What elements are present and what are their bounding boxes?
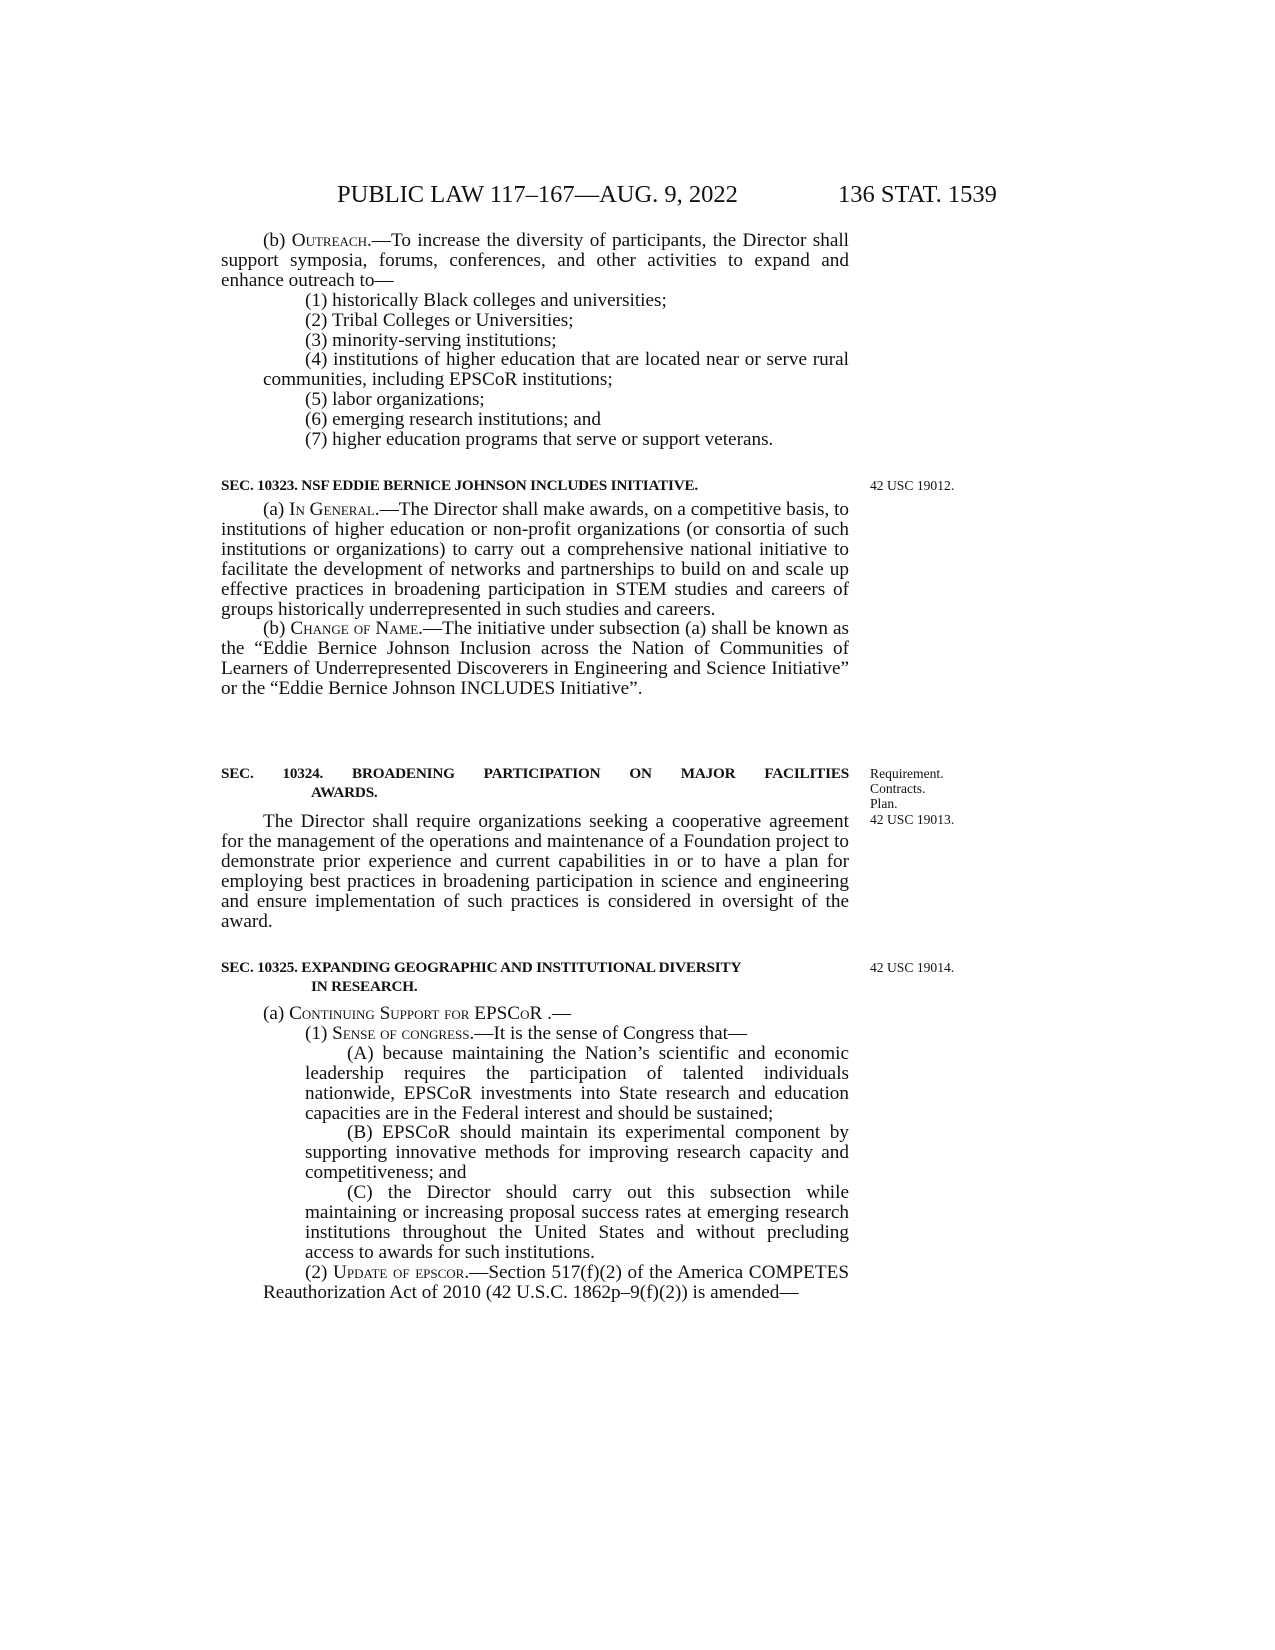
paragraph-2: (2) Update of epscor.—Section 517(f)(2) …: [221, 1263, 849, 1303]
paragraph-heading: Sense of congress.: [332, 1023, 474, 1044]
running-header-title: PUBLIC LAW 117–167—AUG. 9, 2022: [337, 181, 738, 209]
subparagraph-A: (A) because maintaining the Nation’s sci…: [221, 1044, 849, 1124]
section-heading-10324: SEC. 10324. BROADENING PARTICIPATION ON …: [221, 764, 849, 802]
paragraph-heading: Update of epscor.: [333, 1262, 469, 1283]
paragraph-text: —It is the sense of Congress that—: [474, 1023, 747, 1044]
page-number: 136 STAT. 1539: [838, 181, 997, 209]
margin-note-usc: 42 USC 19014.: [870, 960, 954, 975]
outreach-item: (3) minority-serving institutions;: [221, 331, 849, 351]
outreach-item: (7) higher education programs that serve…: [221, 430, 849, 450]
section-10325-body: (a) Continuing Support for EPSCoR .— (1)…: [221, 1004, 849, 1303]
subsection-heading: In General.: [289, 499, 380, 520]
section-10323-body: (a) In General.—The Director shall make …: [221, 500, 849, 699]
subsection-heading: Change of Name.: [290, 618, 423, 639]
section-heading-line: IN RESEARCH.: [221, 977, 849, 996]
subparagraph-C: (C) the Director should carry out this s…: [221, 1183, 849, 1263]
section-heading-line: SEC. 10325. EXPANDING GEOGRAPHIC AND INS…: [221, 958, 849, 977]
paragraph-label: (2): [305, 1262, 333, 1283]
margin-note-usc: 42 USC 19012.: [870, 478, 954, 493]
paragraph-1: (1) Sense of congress.—It is the sense o…: [221, 1024, 849, 1044]
subsection-label: (b): [263, 230, 292, 251]
margin-note: 42 USC 19013.: [870, 812, 954, 827]
margin-note: Plan.: [870, 796, 954, 811]
outreach-item: (4) institutions of higher education tha…: [221, 350, 849, 390]
subparagraph-B: (B) EPSCoR should maintain its experimen…: [221, 1123, 849, 1183]
subsection-label: (a): [263, 1003, 289, 1024]
section-heading-10323: SEC. 10323. NSF EDDIE BERNICE JOHNSON IN…: [221, 476, 849, 495]
paragraph-label: (1): [305, 1023, 332, 1044]
outreach-item: (2) Tribal Colleges or Universities;: [221, 311, 849, 331]
subsection-label: (b): [263, 618, 290, 639]
section-10324-body: The Director shall require organizations…: [221, 812, 849, 931]
subsection-a: (a) Continuing Support for EPSCoR .—: [221, 1004, 849, 1024]
section-heading-line: SEC. 10324. BROADENING PARTICIPATION ON …: [221, 764, 849, 783]
outreach-item: (5) labor organizations;: [221, 390, 849, 410]
outreach-intro: (b) Outreach.—To increase the diversity …: [221, 231, 849, 291]
subsection-a: (a) In General.—The Director shall make …: [221, 500, 849, 619]
section-heading-10325: SEC. 10325. EXPANDING GEOGRAPHIC AND INS…: [221, 958, 849, 996]
margin-note: Contracts.: [870, 781, 954, 796]
outreach-item: (6) emerging research institutions; and: [221, 410, 849, 430]
margin-note: Requirement.: [870, 766, 954, 781]
section-heading-line: AWARDS.: [221, 783, 849, 802]
margin-notes-10324: Requirement. Contracts. Plan. 42 USC 190…: [870, 766, 954, 827]
outreach-subsection: (b) Outreach.—To increase the diversity …: [221, 231, 849, 450]
subsection-label: (a): [263, 499, 289, 520]
subsection-heading: Continuing Support for EPSCoR .—: [289, 1003, 571, 1024]
outreach-item: (1) historically Black colleges and univ…: [221, 291, 849, 311]
subsection-b: (b) Change of Name.—The initiative under…: [221, 619, 849, 699]
outreach-heading: Outreach.: [292, 230, 372, 251]
section-text: The Director shall require organizations…: [221, 812, 849, 931]
